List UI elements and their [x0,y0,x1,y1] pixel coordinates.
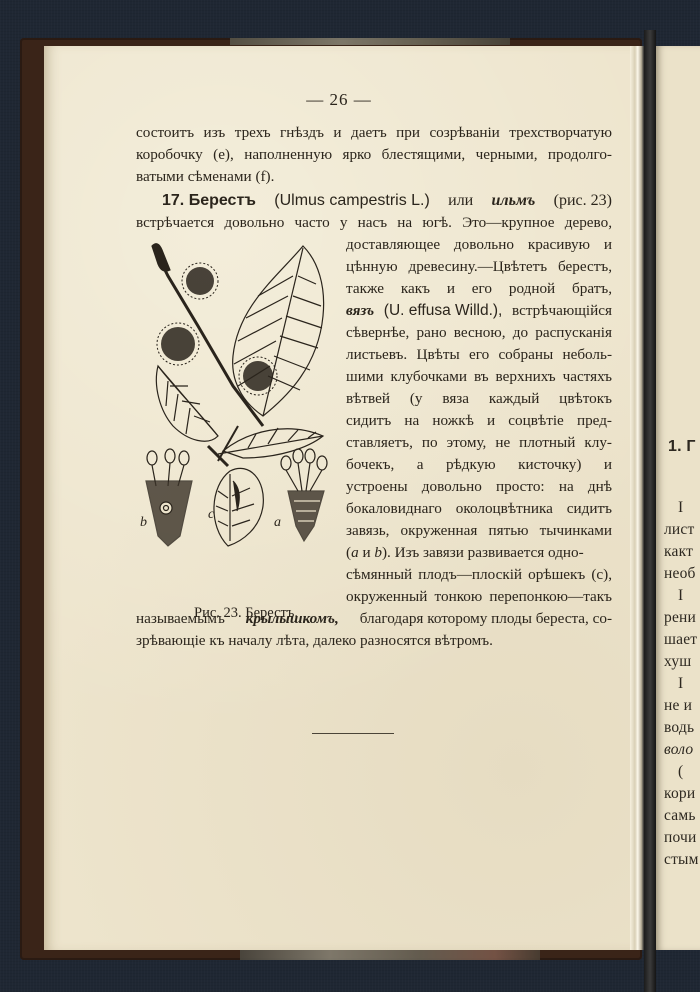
text-line: цѣнную древесину.—Цвѣтетъ берестъ, [346,256,612,278]
text-line: ставляетъ, по этому, не плотный клу- [346,432,612,454]
stamen-line: (a и b). Изъ завязи развивается одно- [346,542,612,564]
label-b: b [374,544,382,561]
right-page-fragment: 1. Г [668,438,696,456]
text-line: коробочку (e), наполненную ярко блестящи… [136,144,612,166]
right-page-fragment: I [678,499,683,517]
text-line: сидитъ на ножкѣ и соцвѣтiе пред- [346,410,612,432]
figure-label-a: a [274,515,281,530]
page-number: — 26 — [44,90,634,110]
elm-branch-drawing-icon: b c a [138,236,338,556]
right-page-fragment: воло [664,741,693,759]
text-line: встрѣчается довольно часто у насъ на югѣ… [136,212,612,234]
text-line: бокаловиднаго околоцвѣтника сидитъ [346,498,612,520]
right-page-fragment: водь [664,719,694,737]
text-line: состоитъ изъ трехъ гнѣздъ и даетъ при со… [136,122,612,144]
stamen-line-rest: ). Изъ завязи развивается одно- [382,544,584,561]
elm-name: вязъ [346,300,374,322]
right-page-fragment: I [678,675,683,693]
figure-label-b: b [140,515,147,530]
section-divider [312,733,394,734]
book-page-left: — 26 — состоитъ изъ трехъ гнѣздъ и даетъ… [44,46,634,950]
text-line: доставляющее довольно красивую и [346,234,612,256]
right-page-fragment: почи [664,829,697,847]
right-page-fragment: какт [664,543,693,561]
elm-rest: встрѣчающiйся [512,300,612,322]
right-page-fragment: шает [664,631,697,649]
text-line: вѣтвей (у вяза каждый цвѣтокъ [346,388,612,410]
right-page-fragment: самь [664,807,696,825]
label-a: a [351,544,359,561]
book-gutter [644,30,656,992]
right-page-fragment: кори [664,785,695,803]
figure-reference: (рис. 23) [554,190,612,212]
entry-title: 17. Берестъ [162,190,256,212]
elm-latin: (U. effusa Willd.), [384,300,503,322]
figure-label-c: c [208,507,215,522]
text-line: ватыми сѣменами (f). [136,166,274,188]
right-page-fragment: не и [664,697,692,715]
right-page-fragment: хуш [664,653,691,671]
text-line: устроены довольно просто: на днѣ [346,476,612,498]
closing-line: называемымъ крылышкомъ, благодаря которо… [136,608,612,630]
latin-name: (Ulmus campestris L.) [274,190,430,212]
entry-heading-line: 17. Берестъ (Ulmus campestris L.) или ил… [162,190,612,212]
elm-line: вязъ (U. effusa Willd.), встрѣчающiйся [346,300,612,322]
page-stack-edge [630,46,644,950]
text-line: шими клубочками въ верхнихъ частяхъ [346,366,612,388]
text-line: бочекъ, а рѣдкую кисточку) и [346,454,612,476]
elm-branch-illustration: b c a [138,236,338,556]
conjunction: или [448,190,473,212]
book-page-right: 1. Г I лист какт необ I рени шает хуш I … [656,46,700,950]
right-page-fragment: стым [664,851,699,869]
text-line: листьевъ. Цвѣты его собраны неболь- [346,344,612,366]
text-line: окруженный тонкою перепонкою—такъ [346,586,612,608]
term-wing: крылышкомъ, [246,608,339,630]
text-line: сѣвернѣе, рано весною, до распусканiя [346,322,612,344]
right-page-fragment: необ [664,565,696,583]
text-line: также какъ и его родной братъ, [346,278,612,300]
text-line: завязь, окруженная пятью тычинками [346,520,612,542]
alt-name: ильмъ [492,190,536,212]
right-page-fragment: рени [664,609,696,627]
right-page-fragment: I [678,587,683,605]
text-line: зрѣвающiе къ началу лѣта, далеко разнося… [136,630,493,652]
right-page-fragment: ( [678,763,683,781]
right-page-fragment: лист [664,521,694,539]
closing-after: благодаря которому плоды береста, со- [360,608,612,630]
conjunction: и [362,544,370,561]
text-line: сѣмянный плодъ—плоскiй орѣшекъ (c), [346,564,612,586]
closing-before: называемымъ [136,608,225,630]
text-line-content: состоитъ изъ трехъ гнѣздъ и даетъ при со… [136,122,612,144]
